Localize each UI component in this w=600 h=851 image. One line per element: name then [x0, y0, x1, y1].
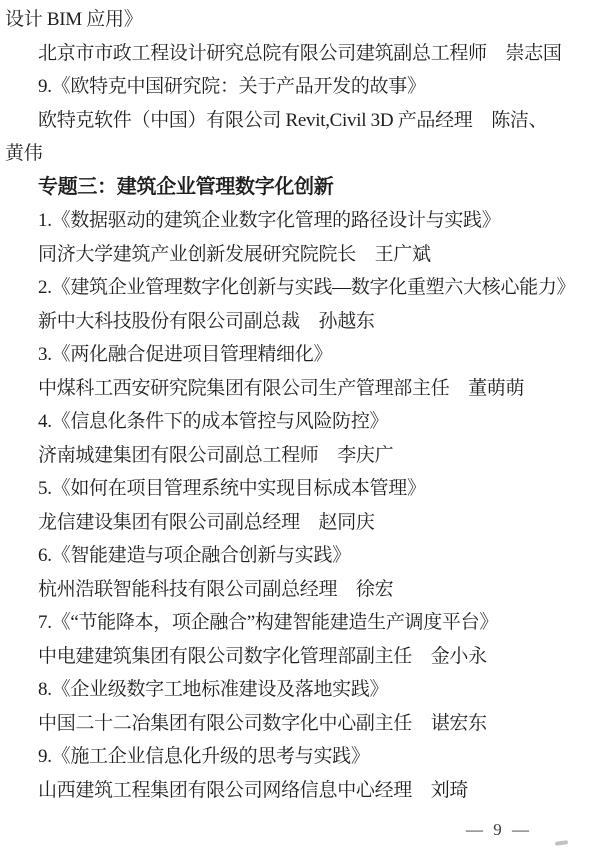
session-title-line: 8.《企业级数字工地标准建设及落地实践》: [5, 673, 600, 707]
scan-artifact: [555, 840, 568, 846]
speaker-line: 新中大科技股份有限公司副总裁 孙越东: [5, 305, 600, 339]
scanned-document-page: 设计 BIM 应用》 北京市市政工程设计研究总院有限公司建筑副总工程师 崇志国 …: [0, 0, 600, 851]
session-title-line: 5.《如何在项目管理系统中实现目标成本管理》: [5, 472, 600, 506]
speaker-line-wrap: 黄伟: [5, 137, 600, 171]
carryover-speaker-line: 北京市市政工程设计研究总院有限公司建筑副总工程师 崇志国: [5, 37, 600, 71]
session-title-line: 3.《两化融合促进项目管理精细化》: [5, 338, 600, 372]
speaker-line: 济南城建集团有限公司副总工程师 李庆广: [5, 439, 600, 473]
speaker-line: 中国二十二冶集团有限公司数字化中心副主任 谌宏东: [5, 707, 600, 741]
session-title-line: 4.《信息化条件下的成本管控与风险防控》: [5, 405, 600, 439]
speaker-line: 同济大学建筑产业创新发展研究院院长 王广斌: [5, 238, 600, 272]
page-number: — 9 —: [0, 820, 532, 840]
speaker-line: 欧特克软件（中国）有限公司 Revit,Civil 3D 产品经理 陈洁、: [5, 104, 600, 138]
session-title-line: 9.《欧特克中国研究院：关于产品开发的故事》: [5, 70, 600, 104]
carryover-title-line: 设计 BIM 应用》: [5, 3, 600, 37]
session-title-line: 6.《智能建造与项企融合创新与实践》: [5, 539, 600, 573]
session-title-line: 2.《建筑企业管理数字化创新与实践—数字化重塑六大核心能力》: [5, 271, 600, 305]
section-heading: 专题三：建筑企业管理数字化创新: [5, 171, 600, 205]
speaker-line: 中电建建筑集团有限公司数字化管理部副主任 金小永: [5, 640, 600, 674]
document-body: 设计 BIM 应用》 北京市市政工程设计研究总院有限公司建筑副总工程师 崇志国 …: [5, 3, 600, 807]
session-title-line: 9.《施工企业信息化升级的思考与实践》: [5, 740, 600, 774]
speaker-line: 中煤科工西安研究院集团有限公司生产管理部主任 董萌萌: [5, 372, 600, 406]
speaker-line: 杭州浩联智能科技有限公司副总经理 徐宏: [5, 573, 600, 607]
session-title-line: 7.《“节能降本，项企融合”构建智能建造生产调度平台》: [5, 606, 600, 640]
speaker-line: 龙信建设集团有限公司副总经理 赵同庆: [5, 506, 600, 540]
speaker-line: 山西建筑工程集团有限公司网络信息中心经理 刘琦: [5, 774, 600, 808]
session-title-line: 1.《数据驱动的建筑企业数字化管理的路径设计与实践》: [5, 204, 600, 238]
